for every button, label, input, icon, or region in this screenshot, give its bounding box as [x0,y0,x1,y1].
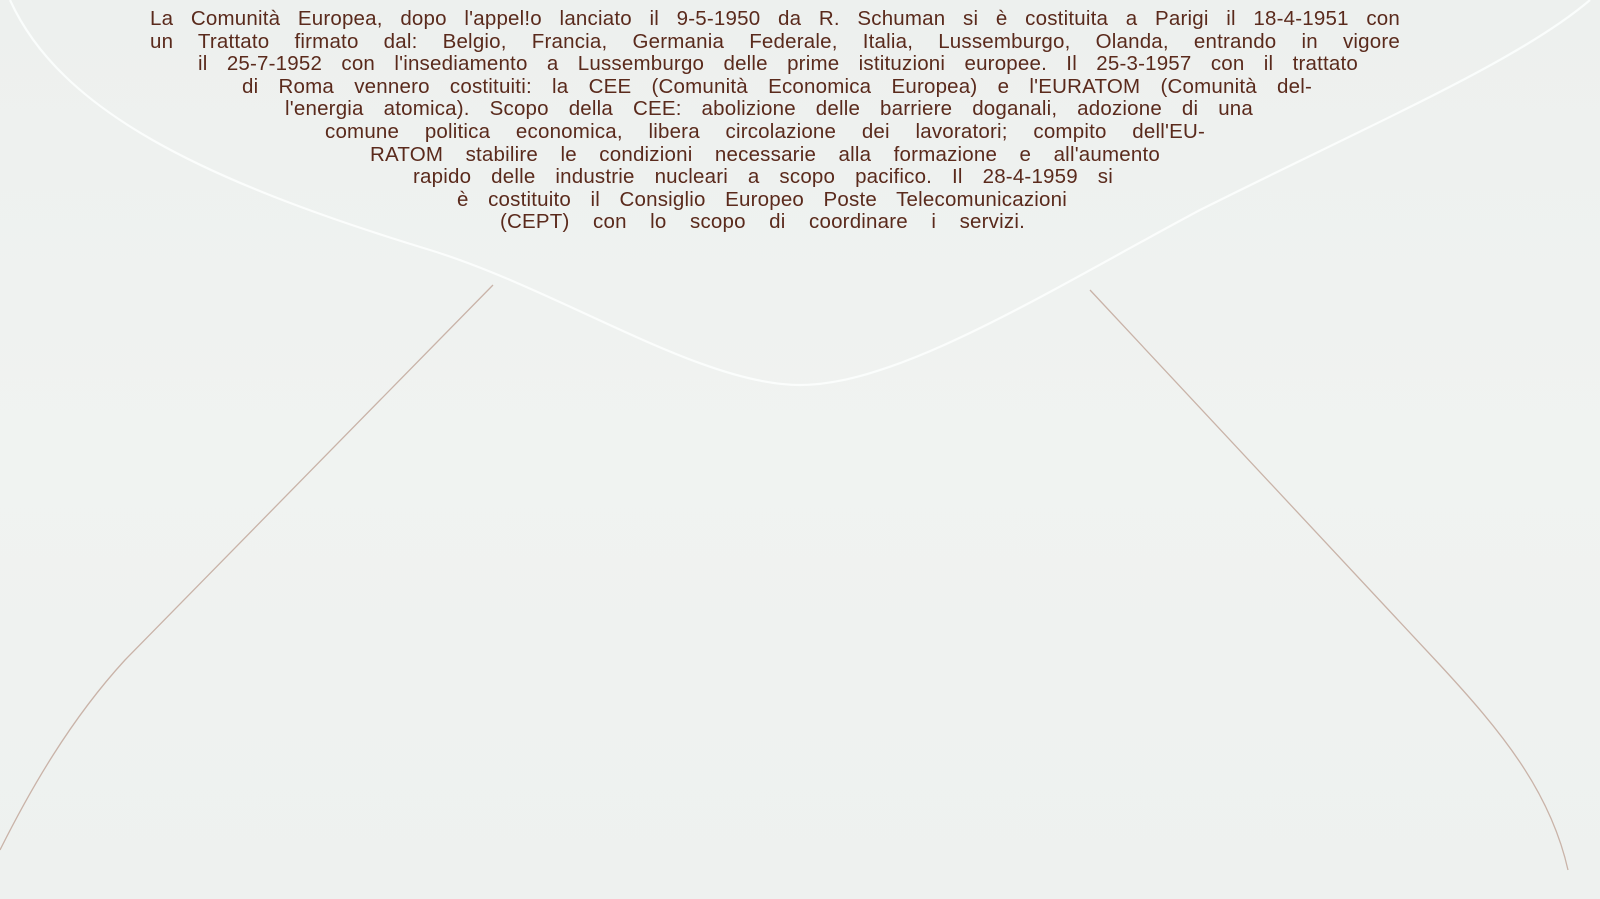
text-line-8: rapido delle industrie nucleari a scopo … [413,166,1113,189]
text-line-10: (CEPT) con lo scopo di coordinare i serv… [500,211,1025,234]
text-line-3: il 25-7-1952 con l'insediamento a Lussem… [198,53,1358,76]
left-flap-crease [0,285,493,850]
text-line-5: l'energia atomica). Scopo della CEE: abo… [285,98,1253,121]
text-line-6: comune politica economica, libera circol… [325,121,1205,144]
right-flap-crease [1090,290,1568,870]
text-line-4: di Roma vennero costituiti: la CEE (Comu… [242,76,1312,99]
envelope-back: La Comunità Europea, dopo l'appel!o lanc… [0,0,1600,899]
historical-text-block: La Comunità Europea, dopo l'appel!o lanc… [150,8,1400,234]
text-line-1: La Comunità Europea, dopo l'appel!o lanc… [150,8,1400,31]
text-line-2: un Trattato firmato dal: Belgio, Francia… [150,31,1400,54]
text-line-7: RATOM stabilire le condizioni necessarie… [370,144,1160,167]
text-line-9: è costituito il Consiglio Europeo Poste … [457,189,1067,212]
